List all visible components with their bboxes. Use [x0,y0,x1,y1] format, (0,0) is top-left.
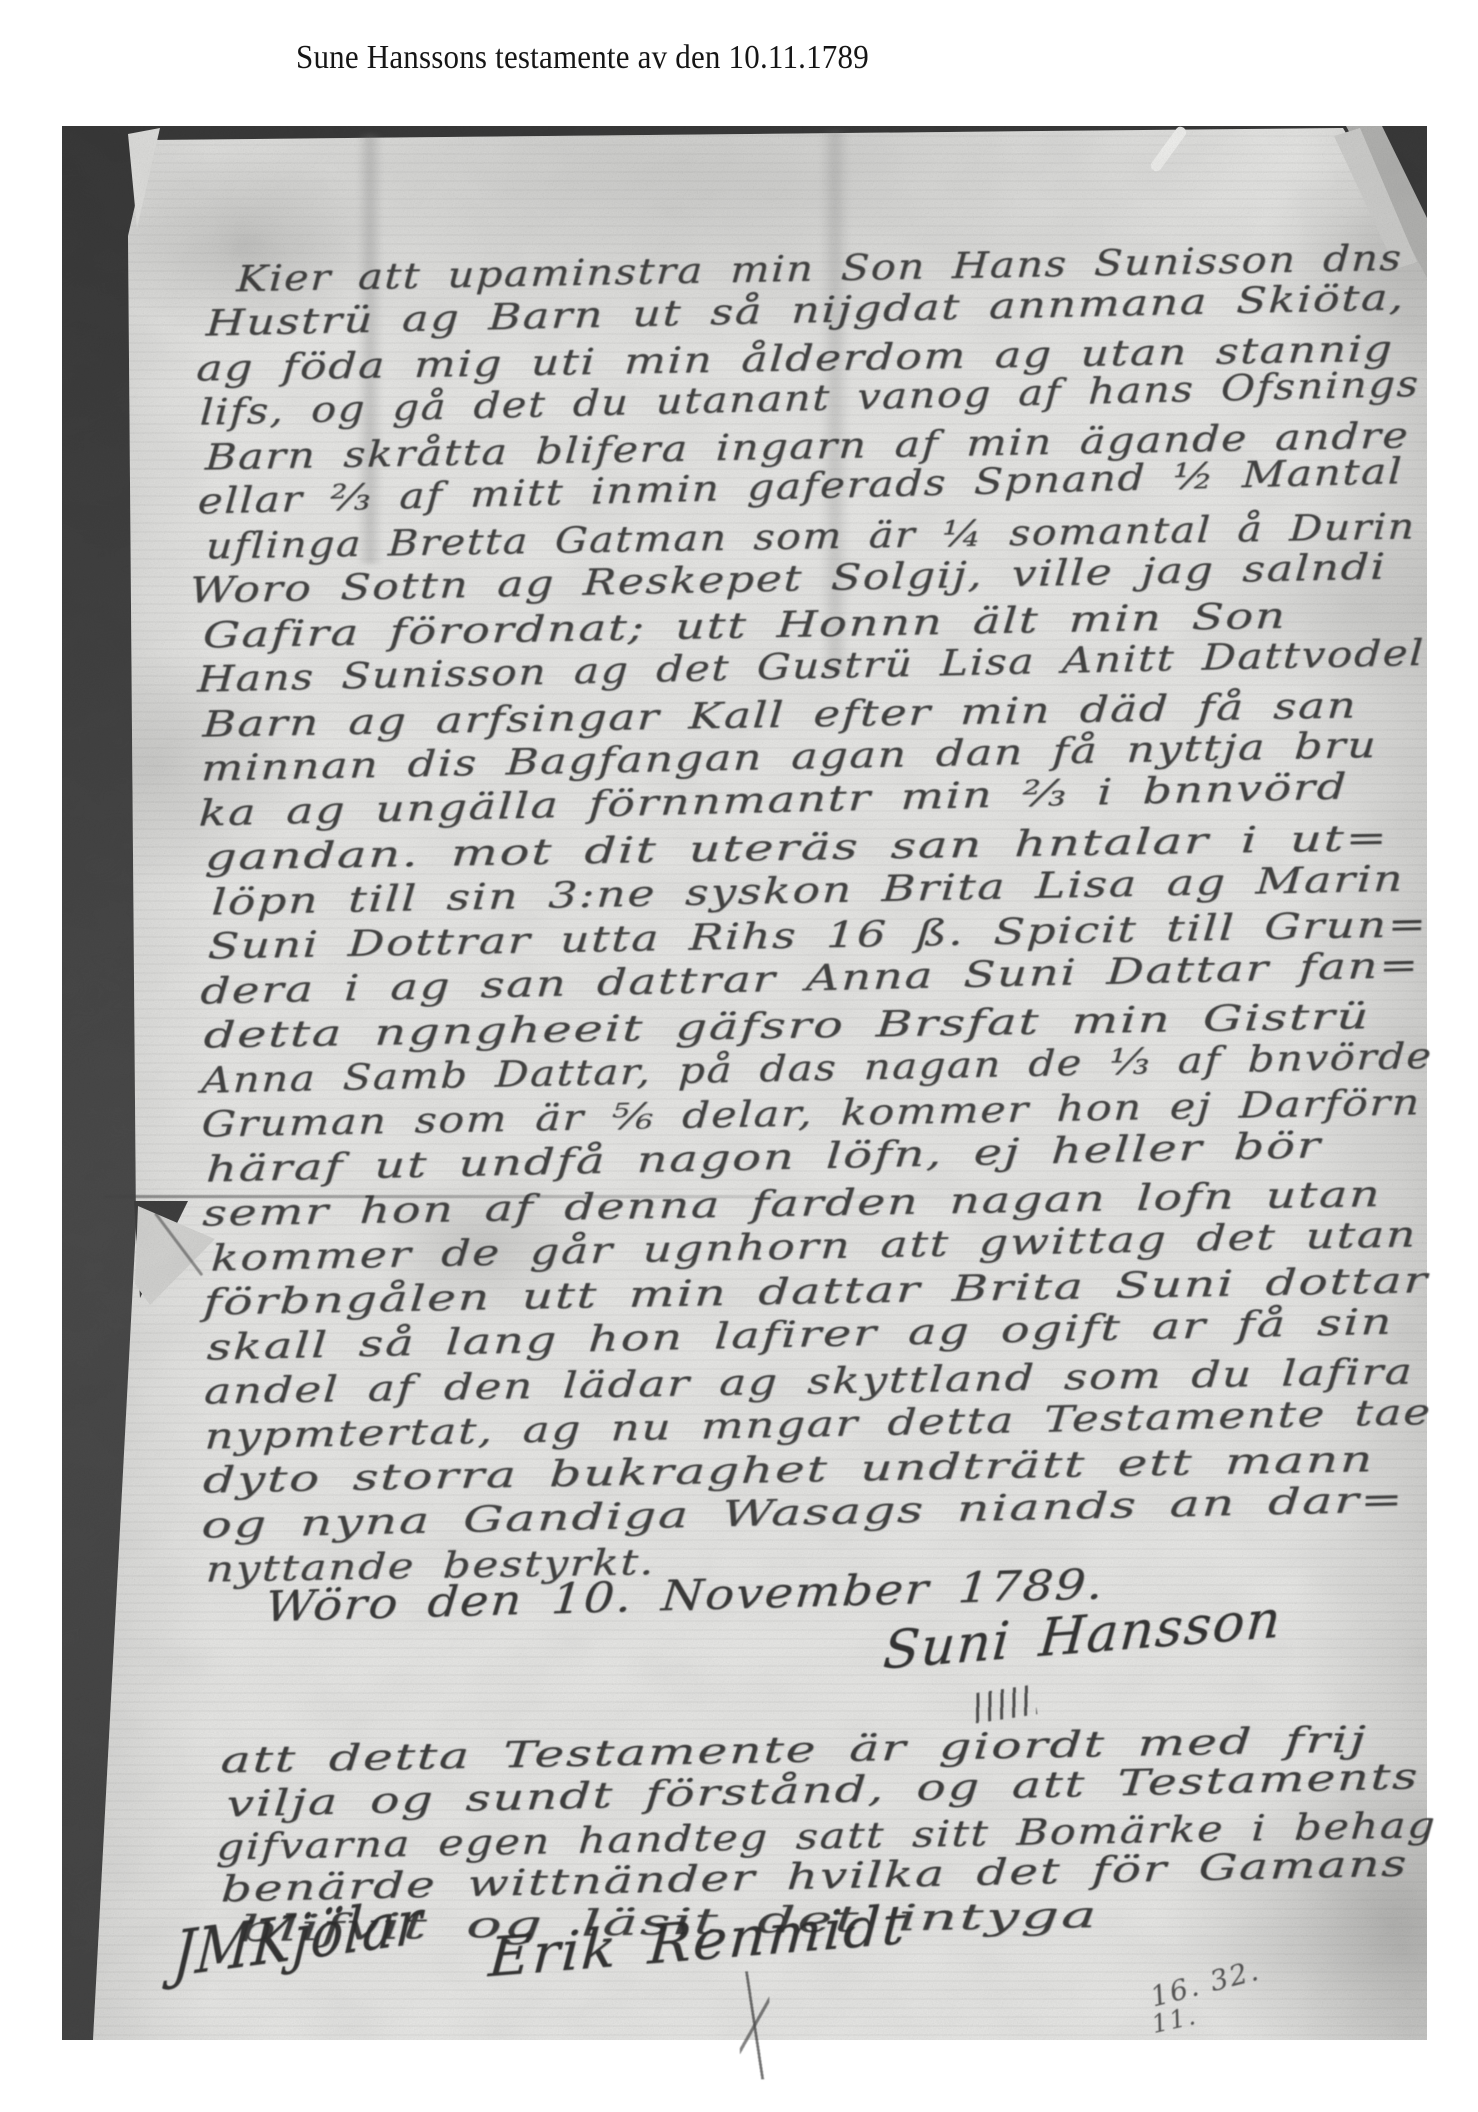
archive-pencil-note: 16. 32. [1147,1953,1264,2013]
attestation-block: att detta Testamente är giordt med frijv… [53,119,1418,132]
testament-body: Kier att upaminstra min Son Hans Sunisso… [53,119,1418,132]
handwritten-text-block: Kier att upaminstra min Son Hans Sunisso… [53,119,1436,2046]
signature-flourish-x [739,1971,770,2079]
signature-tally-mark [972,1684,1038,1723]
witness-signature-1: JMKjölar [171,1884,426,1991]
page-title: Sune Hanssons testamente av den 10.11.17… [296,38,869,77]
document-scan: Kier att upaminstra min Son Hans Sunisso… [62,126,1427,2040]
